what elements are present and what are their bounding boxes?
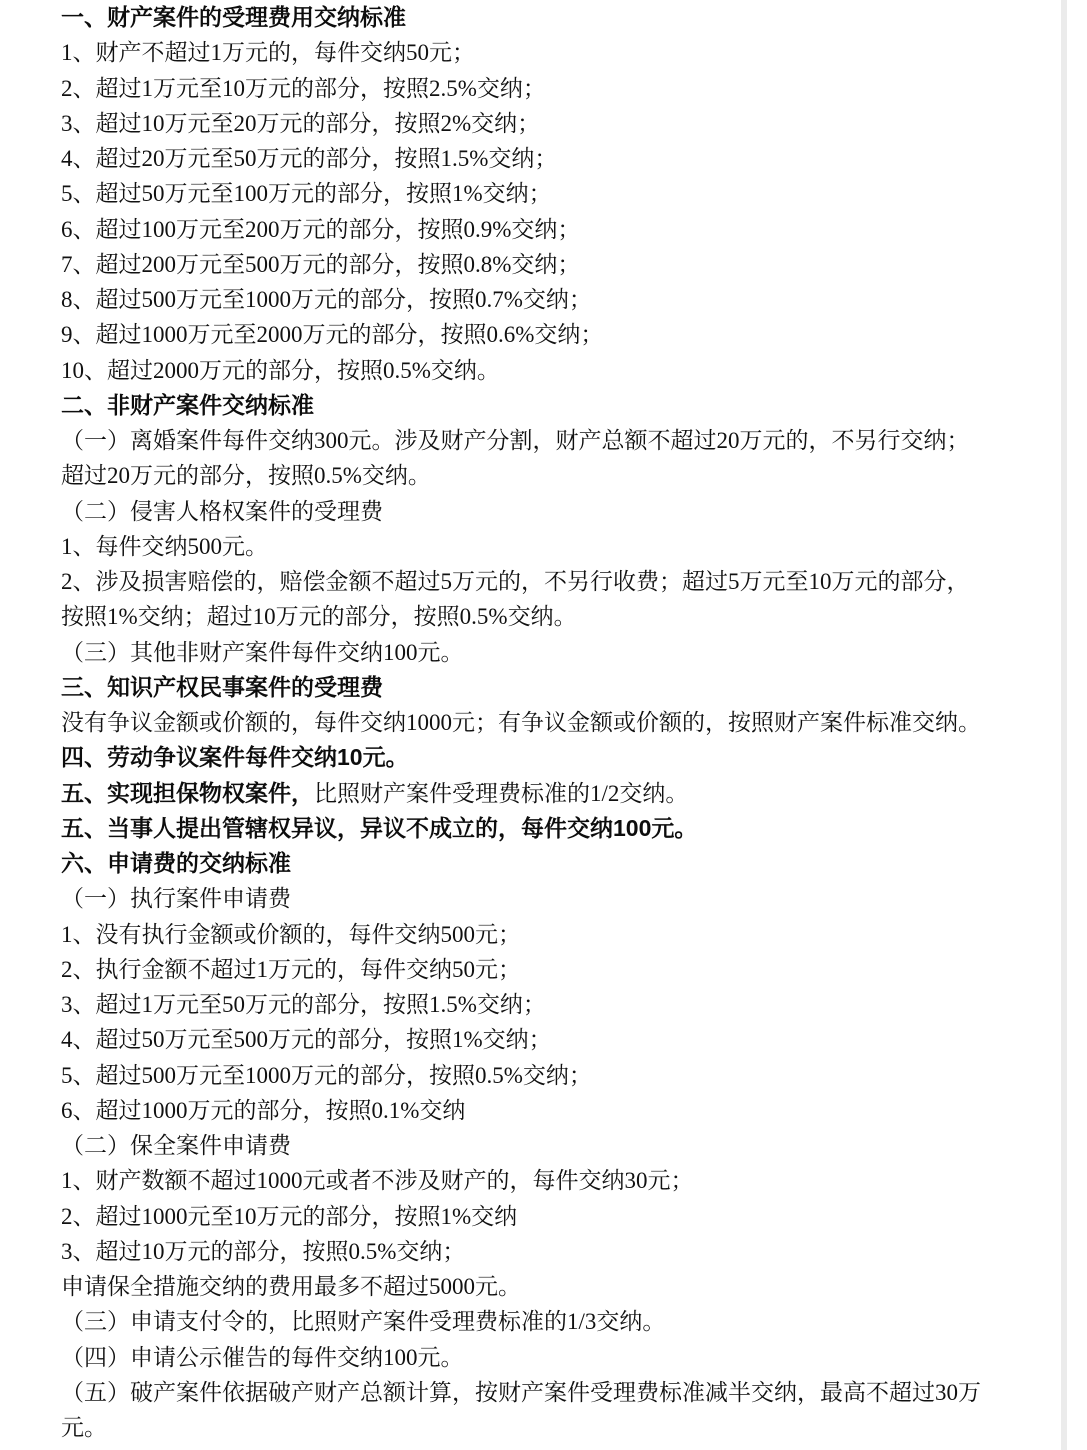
mixed-line: 五、实现担保物权案件，比照财产案件受理费标准的1/2交纳。 [61,776,1056,811]
section-heading: 五、当事人提出管辖权异议，异议不成立的，每件交纳100元。 [61,811,1056,846]
subsection-title: （二）侵害人格权案件的受理费 [61,494,1056,529]
list-item: 9、超过1000万元至2000万元的部分，按照0.6%交纳； [61,317,1056,352]
section-body: 没有争议金额或价额的，每件交纳1000元；有争议金额或价额的，按照财产案件标准交… [61,705,1056,740]
list-item: 6、超过100万元至200万元的部分，按照0.9%交纳； [61,212,1056,247]
subsection-divorce-cases: （一）离婚案件每件交纳300元。涉及财产分割，财产总额不超过20万元的，不另行交… [61,423,1056,494]
subsection-preservation-fees: （二）保全案件申请费 1、财产数额不超过1000元或者不涉及财产的，每件交纳30… [61,1128,1056,1304]
section-ip-civil-case-fees: 三、知识产权民事案件的受理费 没有争议金额或价额的，每件交纳1000元；有争议金… [61,670,1056,741]
section-jurisdiction-objection: 五、当事人提出管辖权异议，异议不成立的，每件交纳100元。 [61,811,1056,846]
section-labor-dispute-fees: 四、劳动争议案件每件交纳10元。 [61,740,1056,775]
section-body: 比照财产案件受理费标准的1/2交纳。 [314,781,688,806]
section-heading: 五、实现担保物权案件， [61,780,314,806]
subsection-title: （一）执行案件申请费 [61,881,1056,916]
page-edge-divider [1061,0,1067,1450]
list-item: 3、超过10万元的部分，按照0.5%交纳； [61,1234,1056,1269]
section-non-property-case-fees: 二、非财产案件交纳标准 （一）离婚案件每件交纳300元。涉及财产分割，财产总额不… [61,388,1056,670]
subsection-personality-rights-cases: （二）侵害人格权案件的受理费 1、每件交纳500元。 2、涉及损害赔偿的，赔偿金… [61,494,1056,635]
paragraph-line: 元。 [61,1410,1056,1445]
list-item: 1、每件交纳500元。 [61,529,1056,564]
list-item: 2、超过1000元至10万元的部分，按照1%交纳 [61,1199,1056,1234]
section-heading: 二、非财产案件交纳标准 [61,388,1056,423]
section-application-fees: 六、申请费的交纳标准 （一）执行案件申请费 1、没有执行金额或价额的，每件交纳5… [61,846,1056,1445]
subsection-bankruptcy-fees: （五）破产案件依据破产财产总额计算，按财产案件受理费标准减半交纳，最高不超过30… [61,1375,1056,1446]
list-item: 7、超过200万元至500万元的部分，按照0.8%交纳； [61,247,1056,282]
list-item: 8、超过500万元至1000万元的部分，按照0.7%交纳； [61,282,1056,317]
list-item: 2、涉及损害赔偿的，赔偿金额不超过5万元的，不另行收费；超过5万元至10万元的部… [61,564,1056,599]
section-heading: 一、财产案件的受理费用交纳标准 [61,0,1056,35]
list-item-continuation: 按照1%交纳；超过10万元的部分，按照0.5%交纳。 [61,599,1056,634]
document-body: 一、财产案件的受理费用交纳标准 1、财产不超过1万元的，每件交纳50元； 2、超… [61,0,1056,1445]
subsection-note: 申请保全措施交纳的费用最多不超过5000元。 [61,1269,1056,1304]
list-item: 1、财产不超过1万元的，每件交纳50元； [61,35,1056,70]
section-heading: 六、申请费的交纳标准 [61,846,1056,881]
list-item: 1、财产数额不超过1000元或者不涉及财产的，每件交纳30元； [61,1163,1056,1198]
list-item: 4、超过50万元至500万元的部分，按照1%交纳； [61,1022,1056,1057]
subsection-title: （三）申请支付令的，比照财产案件受理费标准的1/3交纳。 [61,1304,1056,1339]
list-item: 5、超过50万元至100万元的部分，按照1%交纳； [61,176,1056,211]
fee-standards-document: 一、财产案件的受理费用交纳标准 1、财产不超过1万元的，每件交纳50元； 2、超… [0,0,1087,1450]
list-item: 3、超过1万元至50万元的部分，按照1.5%交纳； [61,987,1056,1022]
list-item: 4、超过20万元至50万元的部分，按照1.5%交纳； [61,141,1056,176]
section-heading: 三、知识产权民事案件的受理费 [61,670,1056,705]
subsection-title: （四）申请公示催告的每件交纳100元。 [61,1340,1056,1375]
subsection-title: （二）保全案件申请费 [61,1128,1056,1163]
paragraph-line: 超过20万元的部分，按照0.5%交纳。 [61,458,1056,493]
list-item: 2、执行金额不超过1万元的，每件交纳50元； [61,952,1056,987]
paragraph-line: （五）破产案件依据破产财产总额计算，按财产案件受理费标准减半交纳，最高不超过30… [61,1375,1056,1410]
section-property-case-fees: 一、财产案件的受理费用交纳标准 1、财产不超过1万元的，每件交纳50元； 2、超… [61,0,1056,388]
subsection-enforcement-fees: （一）执行案件申请费 1、没有执行金额或价额的，每件交纳500元； 2、执行金额… [61,881,1056,1128]
list-item: 2、超过1万元至10万元的部分，按照2.5%交纳； [61,71,1056,106]
list-item: 6、超过1000万元的部分，按照0.1%交纳 [61,1093,1056,1128]
list-item: 1、没有执行金额或价额的，每件交纳500元； [61,917,1056,952]
subsection-title: （三）其他非财产案件每件交纳100元。 [61,635,1056,670]
list-item: 3、超过10万元至20万元的部分，按照2%交纳； [61,106,1056,141]
list-item: 10、超过2000万元的部分，按照0.5%交纳。 [61,353,1056,388]
section-heading: 四、劳动争议案件每件交纳10元。 [61,740,1056,775]
section-security-interest-cases: 五、实现担保物权案件，比照财产案件受理费标准的1/2交纳。 [61,776,1056,811]
paragraph-line: （一）离婚案件每件交纳300元。涉及财产分割，财产总额不超过20万元的，不另行交… [61,423,1056,458]
list-item: 5、超过500万元至1000万元的部分，按照0.5%交纳； [61,1058,1056,1093]
